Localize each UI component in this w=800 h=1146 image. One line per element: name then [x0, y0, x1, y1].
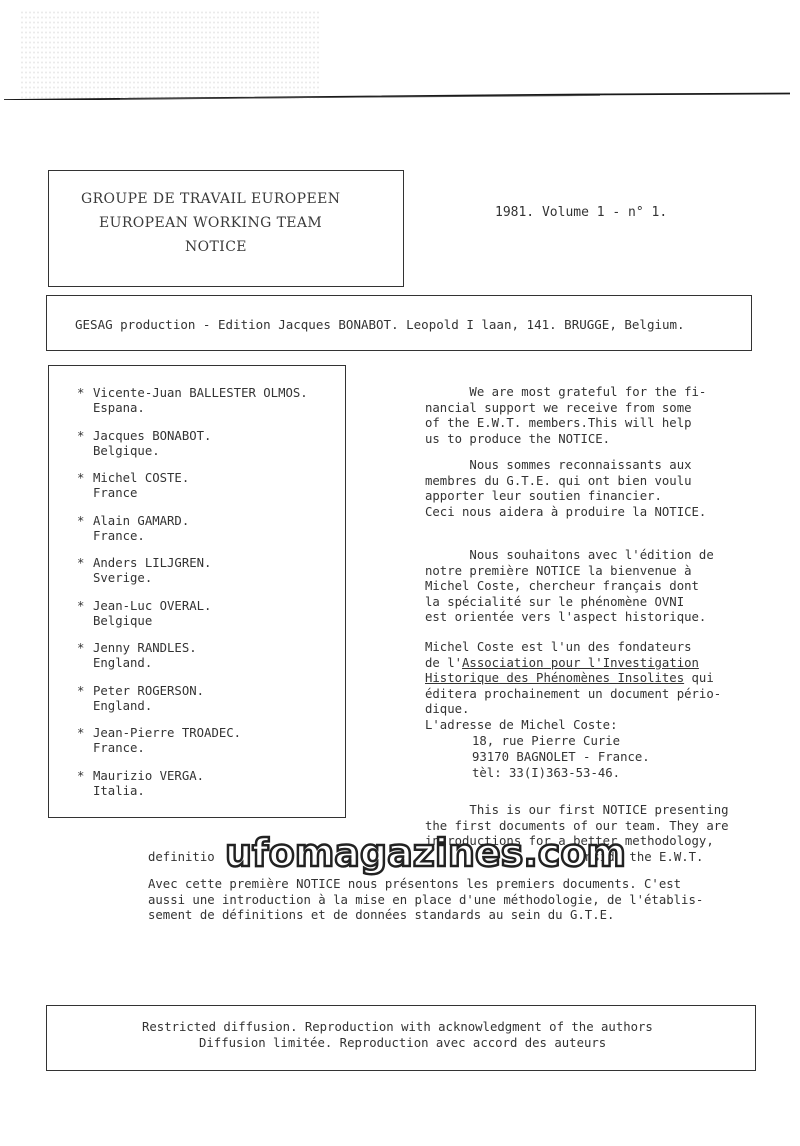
founder-line-1: Michel Coste est l'un des fondateurs — [425, 640, 692, 654]
member-name: Jenny RANDLES. — [93, 641, 197, 655]
member-name: Vicente-Juan BALLESTER OLMOS. — [93, 386, 308, 400]
founder-rest: éditera prochainement un document pério-… — [425, 687, 721, 717]
title-line-notice: NOTICE — [185, 239, 247, 255]
address-label: L'adresse de Michel Coste: — [425, 718, 618, 734]
member-entry: *Vicente-Juan BALLESTER OLMOS.Espana. — [77, 386, 308, 416]
member-name: Alain GAMARD. — [93, 514, 189, 528]
paragraph-first-notice-fr: Avec cette première NOTICE nous présento… — [148, 877, 703, 924]
production-box: GESAG production - Edition Jacques BONAB… — [46, 295, 752, 351]
founder-prefix: de l' — [425, 656, 462, 670]
paragraph-grateful-fr: Nous sommes reconnaissants aux membres d… — [425, 458, 706, 520]
paragraph-founder: Michel Coste est l'un des fondateurs de … — [425, 640, 721, 718]
bullet-asterisk: * — [77, 556, 93, 571]
scan-artifact-line — [0, 92, 800, 100]
member-entry: *Jean-Luc OVERAL.Belgique — [77, 599, 211, 629]
bullet-asterisk: * — [77, 471, 93, 486]
member-entry: *Jacques BONABOT.Belgique. — [77, 429, 211, 459]
founder-suffix: qui — [684, 671, 714, 685]
member-entry: *Alain GAMARD.France. — [77, 514, 189, 544]
bullet-asterisk: * — [77, 769, 93, 784]
member-country: Belgique. — [77, 444, 211, 459]
member-entry: *Anders LILJGREN.Sverige. — [77, 556, 211, 586]
footer-restricted-en: Restricted diffusion. Reproduction with … — [142, 1020, 653, 1034]
member-country: France. — [77, 741, 241, 756]
first-notice-en-last-prefix: definitio — [148, 850, 215, 866]
member-name: Jean-Pierre TROADEC. — [93, 726, 241, 740]
watermark: ufomagazines.com — [225, 833, 626, 873]
member-country: Sverige. — [77, 571, 211, 586]
member-name: Jacques BONABOT. — [93, 429, 211, 443]
member-name: Jean-Luc OVERAL. — [93, 599, 211, 613]
bullet-asterisk: * — [77, 429, 93, 444]
member-country: England. — [77, 699, 204, 714]
bullet-asterisk: * — [77, 599, 93, 614]
address-street: 18, rue Pierre Curie — [472, 734, 620, 750]
issue-number: 1981. Volume 1 - n° 1. — [495, 205, 667, 220]
address-city: 93170 BAGNOLET - France. — [472, 750, 650, 766]
members-list: *Vicente-Juan BALLESTER OLMOS.Espana.*Ja… — [48, 365, 346, 818]
scan-noise — [20, 10, 320, 100]
footer-box: Restricted diffusion. Reproduction with … — [46, 1005, 756, 1071]
title-box: GROUPE DE TRAVAIL EUROPEEN EUROPEAN WORK… — [48, 170, 404, 287]
member-country: Belgique — [77, 614, 211, 629]
member-name: Peter ROGERSON. — [93, 684, 204, 698]
member-entry: *Peter ROGERSON.England. — [77, 684, 204, 714]
address-phone: tèl: 33(I)363-53-46. — [472, 766, 620, 782]
title-line-fr: GROUPE DE TRAVAIL EUROPEEN — [81, 191, 340, 207]
member-name: Maurizio VERGA. — [93, 769, 204, 783]
association-name-part1: Association pour l'Investigation — [462, 656, 699, 670]
bullet-asterisk: * — [77, 386, 93, 401]
member-entry: *Jean-Pierre TROADEC.France. — [77, 726, 241, 756]
bullet-asterisk: * — [77, 726, 93, 741]
footer-restricted-fr: Diffusion limitée. Reproduction avec acc… — [199, 1036, 606, 1050]
bullet-asterisk: * — [77, 514, 93, 529]
member-entry: *Jenny RANDLES.England. — [77, 641, 197, 671]
bullet-asterisk: * — [77, 641, 93, 656]
member-entry: *Michel COSTE.France — [77, 471, 189, 501]
member-name: Anders LILJGREN. — [93, 556, 211, 570]
member-country: France. — [77, 529, 189, 544]
member-country: Espana. — [77, 401, 308, 416]
member-country: England. — [77, 656, 197, 671]
member-country: France — [77, 486, 189, 501]
paragraph-grateful-en: We are most grateful for the fi- nancial… — [425, 385, 706, 447]
member-entry: *Maurizio VERGA.Italia. — [77, 769, 204, 799]
member-name: Michel COSTE. — [93, 471, 189, 485]
association-name-part2: Historique des Phénomènes Insolites — [425, 671, 684, 685]
member-country: Italia. — [77, 784, 204, 799]
title-line-en: EUROPEAN WORKING TEAM — [99, 215, 322, 231]
bullet-asterisk: * — [77, 684, 93, 699]
production-credit: GESAG production - Edition Jacques BONAB… — [75, 317, 685, 332]
paragraph-welcome-fr: Nous souhaitons avec l'édition de notre … — [425, 548, 714, 626]
